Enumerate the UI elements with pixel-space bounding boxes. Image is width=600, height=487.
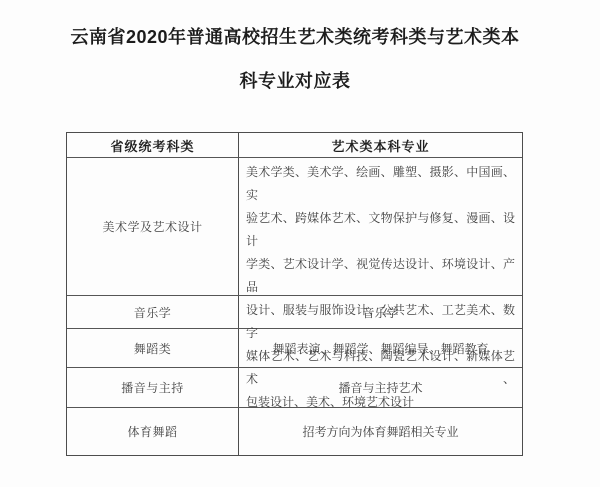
- majors-cell-broadcasting: 播音与主持艺术: [239, 368, 522, 407]
- document-page: 云南省2020年普通高校招生艺术类统考科类与艺术类本 科专业对应表 省级统考科类…: [0, 0, 600, 487]
- column-header-undergrad-majors: 艺术类本科专业: [239, 133, 522, 157]
- correspondence-table: 省级统考科类 艺术类本科专业 美术学及艺术设计 美术学类、美术学、绘画、雕塑、摄…: [66, 132, 523, 456]
- table-row: 体育舞蹈 招考方向为体育舞蹈相关专业: [67, 407, 522, 455]
- majors-line: 美术学类、美术学、绘画、雕塑、摄影、中国画、实: [246, 161, 515, 207]
- category-cell-music: 音乐学: [67, 296, 239, 328]
- majors-cell-sports-dance: 招考方向为体育舞蹈相关专业: [239, 408, 522, 455]
- majors-line: 验艺术、跨媒体艺术、文物保护与修复、漫画、设计: [246, 207, 515, 253]
- page-title: 云南省2020年普通高校招生艺术类统考科类与艺术类本 科专业对应表: [0, 15, 590, 103]
- category-cell-fine-arts: 美术学及艺术设计: [67, 158, 239, 295]
- category-cell-sports-dance: 体育舞蹈: [67, 408, 239, 455]
- majors-cell-music: 音乐学: [239, 296, 522, 328]
- page-title-line1: 云南省2020年普通高校招生艺术类统考科类与艺术类本: [0, 15, 590, 59]
- column-header-exam-category: 省级统考科类: [67, 133, 239, 157]
- table-row: 美术学及艺术设计 美术学类、美术学、绘画、雕塑、摄影、中国画、实 验艺术、跨媒体…: [67, 157, 522, 295]
- table-row: 音乐学 音乐学: [67, 295, 522, 328]
- category-cell-dance: 舞蹈类: [67, 329, 239, 367]
- category-cell-broadcasting: 播音与主持: [67, 368, 239, 407]
- table-row: 播音与主持 播音与主持艺术: [67, 367, 522, 407]
- majors-cell-fine-arts: 美术学类、美术学、绘画、雕塑、摄影、中国画、实 验艺术、跨媒体艺术、文物保护与修…: [239, 158, 522, 295]
- majors-cell-dance: 舞蹈表演、舞蹈学、舞蹈编导、舞蹈教育: [239, 329, 522, 367]
- table-header-row: 省级统考科类 艺术类本科专业: [67, 133, 522, 157]
- page-title-line2: 科专业对应表: [0, 59, 590, 103]
- majors-line: 学类、艺术设计学、视觉传达设计、环境设计、产品: [246, 253, 515, 299]
- table-row: 舞蹈类 舞蹈表演、舞蹈学、舞蹈编导、舞蹈教育: [67, 328, 522, 367]
